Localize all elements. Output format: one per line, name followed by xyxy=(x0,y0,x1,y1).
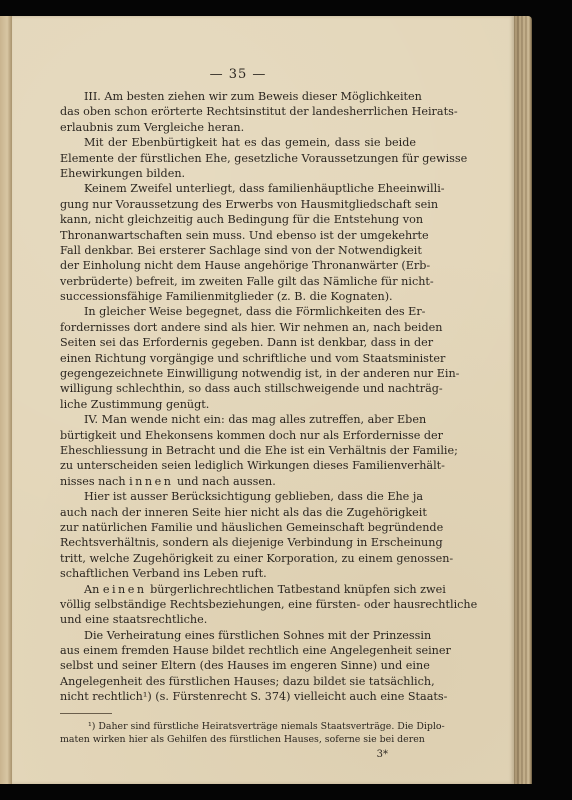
page-number: — 35 — xyxy=(60,67,416,83)
text-line: Mit der Ebenbürtigkeit hat es das gemein… xyxy=(60,135,416,150)
text-line: auch nach der inneren Seite hier nicht a… xyxy=(60,505,416,520)
text-line: In gleicher Weise begegnet, dass die För… xyxy=(60,304,416,319)
scanned-book-spread: — 35 — III. Am besten ziehen wir zum Bew… xyxy=(0,0,572,800)
text-line: nisses nach innen und nach aussen. xyxy=(60,474,416,489)
text-line: An einen bürgerlichrechtlichen Tatbestan… xyxy=(60,582,416,597)
text-line: selbst und seiner Eltern (des Hauses im … xyxy=(60,658,416,673)
previous-page-edge xyxy=(0,16,12,784)
text-line: IV. Man wende nicht ein: das mag alles z… xyxy=(60,412,416,427)
text-line: einen Richtung vorgängige und schriftlic… xyxy=(60,351,416,366)
text-line: kann, nicht gleichzeitig auch Bedingung … xyxy=(60,212,416,227)
text-fragment: bürgerlichrechtlichen Tatbestand knüpfen… xyxy=(147,583,446,596)
text-line: willigung schlechthin, so dass auch stil… xyxy=(60,381,416,396)
footnote-divider xyxy=(60,713,112,714)
emphasized-word: innen xyxy=(129,475,173,488)
text-line: nicht rechtlich¹) (s. Fürstenrecht S. 37… xyxy=(60,689,416,704)
signature-mark: 3* xyxy=(60,748,416,761)
text-line: der Einholung nicht dem Hause angehörige… xyxy=(60,258,416,273)
text-line: verbrüderte) befreit, im zweiten Falle g… xyxy=(60,274,416,289)
text-line: erlaubnis zum Vergleiche heran. xyxy=(60,120,416,135)
text-line: und eine staatsrechtliche. xyxy=(60,612,416,627)
text-line: Die Verheiratung eines fürstlichen Sohne… xyxy=(60,628,416,643)
text-fragment: und nach aussen. xyxy=(173,475,275,488)
text-line: Fall denkbar. Bei ersterer Sachlage sind… xyxy=(60,243,416,258)
text-line: Rechtsverhältnis, sondern als diejenige … xyxy=(60,535,416,550)
text-line: gegengezeichnete Einwilligung notwendig … xyxy=(60,366,416,381)
text-fragment: An xyxy=(84,583,99,596)
emphasized-word: einen xyxy=(103,583,147,596)
text-line: successionsfähige Familienmitglieder (z.… xyxy=(60,289,416,304)
text-line: Eheschliessung in Betracht und die Ehe i… xyxy=(60,443,416,458)
text-line: Ehewirkungen bilden. xyxy=(60,166,416,181)
page-edge-stack xyxy=(514,16,532,784)
text-line: zur natürlichen Familie und häuslichen G… xyxy=(60,520,416,535)
text-line: fordernisses dort andere sind als hier. … xyxy=(60,320,416,335)
text-fragment: nisses nach xyxy=(60,475,126,488)
text-line: Seiten sei das Erfordernis gegeben. Dann… xyxy=(60,335,416,350)
text-line: tritt, welche Zugehörigkeit zu einer Kor… xyxy=(60,551,416,566)
text-line: Hier ist ausser Berücksichtigung geblieb… xyxy=(60,489,416,504)
text-line: Angelegenheit des fürstlichen Hauses; da… xyxy=(60,674,416,689)
text-line: liche Zustimmung genügt. xyxy=(60,397,416,412)
text-line: gung nur Voraussetzung des Erwerbs von H… xyxy=(60,197,416,212)
text-line: völlig selbständige Rechtsbeziehungen, e… xyxy=(60,597,416,612)
text-line: schaftlichen Verband ins Leben ruft. xyxy=(60,566,416,581)
text-line: das oben schon erörterte Rechtsinstitut … xyxy=(60,104,416,119)
footnote-line: ¹) Daher sind fürstliche Heiratsverträge… xyxy=(60,720,416,733)
page-text-block: — 35 — III. Am besten ziehen wir zum Bew… xyxy=(60,67,416,761)
text-line: bürtigkeit und Ehekonsens kommen doch nu… xyxy=(60,428,416,443)
text-line: Thronanwartschaften sein muss. Und ebens… xyxy=(60,228,416,243)
text-line: aus einem fremden Hause bildet rechtlich… xyxy=(60,643,416,658)
text-line: Keinem Zweifel unterliegt, dass familien… xyxy=(60,181,416,196)
footnote-line: maten wirken hier als Gehilfen des fürst… xyxy=(60,733,416,746)
text-line: III. Am besten ziehen wir zum Beweis die… xyxy=(60,89,416,104)
text-line: zu unterscheiden seien lediglich Wirkung… xyxy=(60,458,416,473)
text-line: Elemente der fürstlichen Ehe, gesetzlich… xyxy=(60,151,416,166)
